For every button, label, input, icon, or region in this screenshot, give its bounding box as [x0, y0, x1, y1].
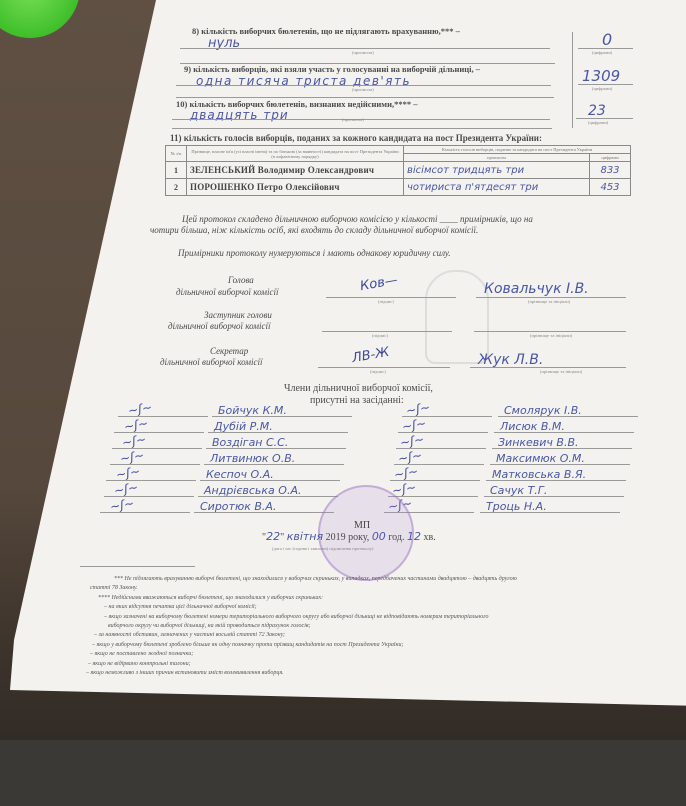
deputy-name-line — [474, 331, 626, 332]
chair-signature: Ков— — [359, 273, 399, 294]
item-10-digits-caption: (цифрами) — [588, 120, 608, 125]
item-8-digits-caption: (цифрами) — [592, 50, 612, 55]
member-sign-line — [100, 512, 190, 513]
protocol-content: 8) кількість виборчих бюлетенів, що не п… — [0, 0, 686, 806]
secretary-name-caption: (прізвище та ініціали) — [540, 369, 582, 374]
member-name-line — [194, 512, 334, 513]
column-divider — [572, 32, 573, 128]
member-sign-line — [106, 480, 196, 481]
footnote-line: – якщо неможливо з інших причин встанови… — [86, 670, 284, 676]
header-votes: Кількість голосів виборців, поданих за к… — [404, 146, 631, 154]
date-hour: 00 — [372, 530, 386, 543]
member-name-line — [198, 496, 338, 497]
date-month: квітня — [287, 530, 323, 543]
item-9-words-caption: (прописом) — [352, 87, 374, 92]
member-sign-line — [104, 496, 194, 497]
header-num: № з/п — [166, 146, 187, 162]
table-row: 1 ЗЕЛЕНСЬКИЙ Володимир Олександрович віс… — [166, 162, 631, 179]
footnote-separator — [80, 566, 195, 567]
members-title: Члени дільничної виборчої комісії, — [284, 383, 433, 394]
member-name-line — [204, 464, 344, 465]
deputy-sign-caption: (підпис) — [372, 333, 388, 338]
member-sign-line — [114, 432, 204, 433]
member-name-line — [200, 480, 340, 481]
chair-sign-caption: (підпис) — [378, 299, 394, 304]
secretary-name: Жук Л.В. — [478, 352, 543, 368]
hour-label: год. — [388, 532, 404, 543]
footnote-line: – якщо не відірвано контрольні талони; — [88, 661, 191, 667]
chair-role: Голова — [228, 275, 254, 285]
table-header: № з/п Прізвище, власне ім'я (усі власні … — [166, 146, 631, 154]
item-8-digits: 0 — [602, 30, 612, 49]
secretary-signature: ЛВ-Ж — [351, 345, 390, 366]
chair-name-line — [476, 297, 626, 298]
item-8-words-line — [180, 48, 550, 49]
member-name-line — [212, 416, 352, 417]
item-10-separator — [172, 128, 552, 129]
votes-words: вісімсот тридцять три — [404, 162, 590, 179]
deputy-name-caption: (прізвище та ініціали) — [530, 333, 572, 338]
member-name-line — [498, 416, 638, 417]
protocol-text-3: Примірники протоколу нумеруються і мають… — [178, 248, 451, 258]
deputy-role: Заступник голови — [204, 310, 272, 320]
members-title-2: присутні на засіданні: — [310, 395, 404, 406]
chair-name-caption: (прізвище та ініціали) — [528, 299, 570, 304]
row-num: 1 — [166, 162, 187, 179]
votes-digits: 453 — [590, 179, 631, 196]
footnote-line: виборчого округу чи виборчої дільниці, н… — [108, 623, 310, 629]
footnote-line: **** Недійсними вважаються виборчі бюлет… — [98, 595, 323, 601]
secretary-sign-line — [318, 367, 450, 368]
votes-words: чотириста п'ятдесят три — [404, 179, 590, 196]
chair-role-2: дільничної виборчої комісії — [176, 287, 279, 297]
header-words: прописом — [404, 154, 590, 162]
date-year: 2019 року, — [326, 532, 370, 543]
protocol-text-2: чотири більша, ніж кількість осіб, які в… — [150, 225, 478, 235]
chair-sign-line — [326, 297, 456, 298]
member-name-line — [208, 432, 348, 433]
item-10-digits-line — [576, 118, 633, 119]
header-digits: цифрами — [590, 154, 631, 162]
votes-section-title: 11) кількість голосів виборців, поданих … — [170, 133, 542, 143]
candidates-table: № з/п Прізвище, власне ім'я (усі власні … — [165, 145, 631, 196]
secretary-role: Секретар — [210, 346, 248, 356]
item-9-digits-caption: (цифрами) — [592, 86, 612, 91]
member-name-line — [486, 480, 626, 481]
item-10-digits: 23 — [588, 103, 606, 119]
date-caption: (дата і час (година і хвилини) підписанн… — [272, 546, 373, 551]
footnote-line: – якщо не поставлено жодної позначки; — [90, 651, 193, 657]
votes-digits: 833 — [590, 162, 631, 179]
item-8-digits-line — [578, 48, 633, 49]
item-8-label: 8) кількість виборчих бюлетенів, що не п… — [192, 26, 460, 36]
footnote-line: – якщо у виборчому бюлетені зроблено біл… — [92, 642, 403, 648]
footnote-line: – на яких відсутня печатка цієї дільничн… — [104, 604, 257, 610]
member-sign-line — [112, 448, 202, 449]
member-sign-line — [118, 416, 208, 417]
item-9-digits-line — [578, 84, 633, 85]
member-name-line — [494, 432, 634, 433]
member-name-line — [490, 464, 630, 465]
date-line: "22" квітня 2019 року, 00 год. 12 хв. — [262, 530, 436, 543]
item-10-words-caption: (прописом) — [342, 117, 364, 122]
deputy-role-2: дільничної виборчої комісії — [168, 321, 271, 331]
header-name: Прізвище, власне ім'я (усі власні імена)… — [187, 146, 404, 162]
candidate-name: ЗЕЛЕНСЬКИЙ Володимир Олександрович — [187, 162, 404, 179]
row-num: 2 — [166, 179, 187, 196]
chair-name: Ковальчук І.В. — [484, 281, 589, 297]
footnote-line: *** Не підлягають врахуванню виборчі бюл… — [114, 576, 517, 582]
table-row: 2 ПОРОШЕНКО Петро Олексійович чотириста … — [166, 179, 631, 196]
footnote-line: статті 78 Закону. — [90, 585, 138, 591]
member-name-line — [206, 448, 346, 449]
date-minute: 12 — [407, 530, 421, 543]
secretary-sign-caption: (підпис) — [370, 369, 386, 374]
secretary-role-2: дільничної виборчої комісії — [160, 357, 263, 367]
item-9-words-line — [176, 85, 551, 86]
footnote-line: – якщо зазначені на виборчому бюлетені н… — [104, 614, 488, 620]
item-9-separator — [176, 97, 554, 98]
member-name-line — [492, 448, 632, 449]
date-day: 22 — [266, 530, 280, 543]
member-sign-line — [110, 464, 200, 465]
footnote-line: – за наявності обставин, зазначених у ча… — [94, 632, 285, 638]
item-9-digits: 1309 — [582, 67, 620, 85]
minute-label: хв. — [423, 532, 435, 543]
item-9-label: 9) кількість виборців, які взяли участь … — [184, 64, 480, 74]
secretary-name-line — [470, 367, 626, 368]
item-8-words-caption: (прописом) — [352, 50, 374, 55]
deputy-sign-line — [322, 331, 452, 332]
protocol-text-1: Цей протокол складено дільничною виборчо… — [182, 214, 533, 224]
member-name-line — [484, 496, 624, 497]
candidate-name: ПОРОШЕНКО Петро Олексійович — [187, 179, 404, 196]
member-name-line — [480, 512, 620, 513]
watermark-trident — [425, 270, 489, 364]
